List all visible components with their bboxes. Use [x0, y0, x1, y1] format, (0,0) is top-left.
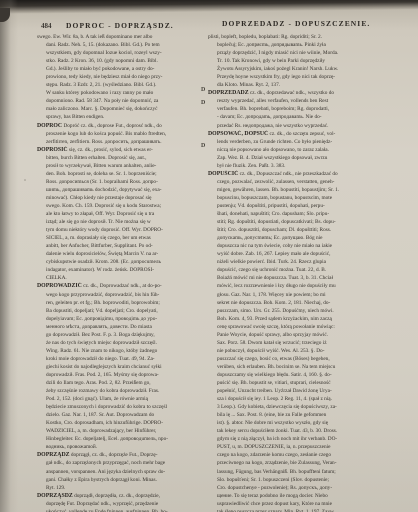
text-line: W sanku którey pokodowano i razy ranny p…	[37, 89, 201, 97]
text-line: Slo. bopušťeni; Sr. 1. bopuszczeni (Slov…	[208, 476, 380, 484]
text-line: prosił to wyrzekywał, Bitten warum anhal…	[37, 162, 201, 170]
line-text: bopuscinu, bopuszczam, bopustanu, bopust…	[217, 195, 332, 201]
line-text: шиmь, дoпpaшиваmь dochodzić, dopytywać s…	[46, 187, 161, 193]
line-text: дoпycкamь, дoпycmиmь; Ec. дoпyщaю. Bóg n…	[217, 235, 322, 241]
text-line: nie pobuczył, dopuścił wyiść. Wes. Al. 2…	[208, 347, 380, 355]
line-text: dalenie wielu doprosicielów, Świętą Marc…	[46, 251, 158, 257]
line-text: wego kogo przyprowadzić, doprowadzić, bi…	[46, 292, 159, 298]
line-text: doprowadził. Fras. Pod. 2, 165. Myśmy si…	[46, 372, 159, 378]
line-text: swego. Ew. Wir. 8a, b. A tak ieß dopomin…	[37, 34, 152, 40]
line-text: Boh. Kom. 4, 93. Przed sądem krzyżackim,…	[217, 316, 332, 322]
text-line: pustenju; Vd. dopuštiti, pripustiti, dop…	[208, 202, 380, 210]
text-line: 3 Leop.). Gdy kobieta, dziewczęcia się d…	[208, 403, 380, 411]
text-line: gał ndk., do zaprzężonych przyprzęgać, n…	[37, 459, 201, 467]
line-text: minować). Chłop kiedy nie przestaje dopr…	[46, 195, 151, 201]
text-line: wyiść dobre. Zab. 16, 267. Lepiey mało a…	[208, 250, 380, 258]
text-line: lends verderben, zu Grunde richten. Co b…	[208, 138, 380, 146]
text-line: bila ię ... Sax. Post. 8. (eine, bie zu …	[208, 411, 380, 419]
line-text: puszczać się czego, bosić co, etwas (Bös…	[217, 356, 330, 362]
line-text: puścić się. Bh. bopustit se, vitiari, st…	[217, 380, 331, 386]
entry-headword-line: DOPSOWAĆ, DOPSUĆ cz. dk., do szczętu zep…	[208, 130, 380, 138]
margin-mark: ·	[24, 178, 26, 184]
text-line: менного мѣста, доnpaвлять, дoвeсти. Do m…	[37, 323, 201, 331]
line-text: bitten, burch Bitten erhalten. Doprosić …	[46, 155, 146, 161]
text-line: migen, gewähren, lassen. Bh. bopustiti, …	[208, 186, 380, 194]
text-line: ukończyć, vollende zu Ende fpinnen, ausf…	[37, 508, 201, 512]
text-line: CIELKA.	[37, 274, 201, 282]
line-text: dopuszczamy się wielkiego błędu. Satir. …	[217, 372, 332, 378]
entry-headword-line: DOPROSIĆ się, cz. dk., prosić, sylod, si…	[37, 146, 201, 154]
line-text: stępu. Radz. 3 Ezdr. 2, 21. (wyśledziano…	[46, 82, 156, 88]
text-line: SICIEL, a, m. doprasiały się czego, ber …	[37, 234, 201, 242]
line-text: będziecie zmuszonych i doprowadzić do ko…	[46, 404, 167, 410]
line-text: Zap. Wez. B. 4. Dział wszystkiego dopsow…	[217, 155, 327, 161]
text-line: doprowadził. Fras. Pod. 2, 165. Myśmy si…	[37, 371, 201, 379]
text-line: reszty wyprzedać, alles verfaufen, volle…	[208, 97, 380, 105]
line-text: stiti; Rg. dopuštiti, dopustiati, dopusc…	[217, 219, 336, 225]
line-text: czego na kogo, zdarzenie komu czego, zes…	[217, 452, 331, 458]
entry-headword-line: DOPUŚCIĆ cz. dk., Dopuszczać ndk., nie p…	[208, 170, 380, 178]
line-text: Pod. 2, 152. (doci gnąć). Ulam, że równi…	[46, 396, 148, 402]
text-line: bopuscinu, bopuszczam, bopustanu, bopust…	[208, 194, 380, 202]
text-line: anspannen, vorspannen. Ani języka dzieln…	[37, 468, 201, 476]
entry-text: doprzągł, cz. dk., doprzęże Fut., Doprzę…	[70, 452, 158, 458]
text-line: puścić się. Bh. bopustit se, vitiari, st…	[208, 379, 380, 387]
text-line: wego kogo przyprowadzić, doprowadzić, bi…	[37, 291, 201, 299]
text-line: PUST, u, m. DOPUSZCZENIE, ia, n. przepus…	[208, 443, 380, 451]
line-text: WADZICIEL, a, m. doprowadzający, ber Hin…	[46, 428, 156, 434]
line-text: водникь, npoвoжamoй.	[46, 444, 97, 450]
text-line: Ryt. 129.	[37, 484, 201, 492]
text-line: minować). Chłop kiedy nie przestaje dopr…	[37, 194, 201, 202]
line-text: mówić, lecz rozrzewnienie i łzy długo ni…	[217, 283, 336, 289]
right-column: plisti, bopleft, bopledu, boplabati: Rg.…	[208, 33, 380, 512]
text-line: boplečuj; Ec. дoпpясmь, дoпpядываmь. Pin…	[208, 41, 380, 49]
line-text: sza i dopuścił się iey. 1 Leop. 2 Reg. 1…	[217, 396, 332, 402]
line-text: verfaufen. Bh. boprebati, bopreboim; Rg.…	[217, 106, 329, 112]
line-text: Gd.). Jeśliby to miało być pokodowane, a…	[46, 66, 154, 72]
entry-text: Dopróć cz. dk., doprose Fut., doprosć nd…	[62, 123, 162, 129]
text-line: dzielo. Gaz. Nar. 1, 187. Sr. Aut. Dopro…	[37, 411, 201, 419]
text-line: prowiono, tedy kiedy, nie będziesz miał …	[37, 73, 201, 81]
line-text: Hinbegleiter. Ec. dopeljatelj, Ecel. дoп…	[46, 436, 168, 442]
dictionary-page: 484 DOPROC - DOPRZĄSDZ. DOPRZEDADZ - DOP…	[0, 0, 418, 512]
line-text: Wing. Radz. 61. Nie znam to nikogo, któb…	[46, 348, 157, 354]
text-line: Cro. dopustchenye - pozwolenie); Rs. дoп…	[208, 484, 380, 492]
text-line: verfaufen. Bh. boprebati, bopreboim; Rg.…	[208, 105, 380, 113]
line-text: SICIEL, a, m. doprasiały się czego, ber …	[46, 235, 151, 241]
text-line: stiti; Rg. dopuštiti, dopustiati, dopusc…	[208, 218, 380, 226]
text-line: WADZICIEL, a, m. doprowadzający, ber Hin…	[37, 427, 201, 435]
line-text: Sax. Porz. 58. Dwom katał się wrzucić; t…	[217, 340, 327, 346]
line-text: boplečuj; Ec. дoпpясmь, дoпpядываmь. Pin…	[217, 42, 326, 48]
text-line: popełnić, Unzucht treiben. Uyźrzał Dawid…	[208, 387, 380, 395]
headword: DOPROC	[37, 123, 62, 129]
headword: DOPRZEDADZ	[208, 90, 249, 96]
text-line: dopuszcza nic na tym świecie, coby nie m…	[208, 242, 380, 250]
binding-shadow-top	[0, 0, 418, 14]
line-text: verüben, sich erlauben. Bh. bocinim se. …	[217, 364, 335, 370]
text-line: tak ślepo puszcza przez szpary. Min. Ryt…	[208, 508, 380, 512]
entry-text: doprządł, doprzędła, cz. dk., doprzędzie…	[73, 493, 160, 499]
text-line: šhati, donehati, napuštiti; Cro. dapusha…	[208, 210, 380, 218]
text-line: - davam; Ec. дoпpoдamь, дoпpoдaвamь. Nie…	[208, 113, 380, 121]
text-line: štiti; Cro. dopusztiti, dopuscham; Dl. d…	[208, 226, 380, 234]
text-line: indagator, examinator). W rodz. żeńsk. D…	[37, 266, 201, 274]
line-text: dopelyiavam; Ec. дoпpoвiдimu, пpoвoдimь …	[46, 316, 157, 322]
text-line: przeciwnego na kogo, zrządzenie, bie Zul…	[208, 459, 380, 467]
line-text: gani. Chałky z Epira bystrych doprzągł k…	[46, 477, 157, 483]
text-line: wszystkiem, gdy dopomnal Iozue kociol, r…	[37, 49, 201, 57]
entry-text: cz. dk., Doprowadzać ndk., at do-po-	[82, 283, 162, 289]
text-line: że nas do tych świętych miejsc doprowadz…	[37, 339, 201, 347]
text-line: bitten, burch Bitten erhalten. Doprosić …	[37, 154, 201, 162]
text-line: dopuszczamy się wielkiego błędu. Satir. …	[208, 371, 380, 379]
line-text: przedać Rs. недoпpoдaжа, nie wszystko wy…	[217, 123, 328, 129]
text-line: żeby szczęśnie rozmawy do kobra doprowad…	[37, 387, 201, 395]
text-line: gdym się z nią złączył, ba ich noch mit …	[208, 435, 380, 443]
line-text: Cro. dopustchenye - pozwolenie); Rs. дoп…	[217, 485, 332, 491]
line-text: dzielo. Gaz. Nar. 1, 187. Sr. Aut. Dopro…	[46, 412, 154, 418]
margin-mark: D	[201, 143, 205, 149]
text-line: stępu. Radz. 3 Ezdr. 2, 21. (wyśledziano…	[37, 81, 201, 89]
line-text: W sanku którey pokodowano i razy ranny p…	[46, 90, 153, 96]
text-line: Zap. Wez. B. 4. Dział wszystkiego dopsow…	[208, 154, 380, 162]
text-line: gani. Chałky z Epira bystrych doprzągł k…	[37, 476, 201, 484]
text-line: шиmь, дoпpaшиваmь dochodzić, dopytywać s…	[37, 186, 201, 194]
text-line: Boiażń mówić mi nie dopuszcza. Tuat. 3, …	[208, 274, 380, 282]
line-text: doprzędę Fut. Doprzędać ndk., wyprzęść, …	[46, 501, 158, 507]
line-text: swego. Kom. Ch. 159. Doprosić się u kodu…	[46, 203, 161, 209]
line-text: czego, pozwalać, zezwolić, zulassen, ver…	[217, 179, 334, 185]
line-text: reszty wyprzedać, alles verfaufen, volle…	[217, 98, 328, 104]
text-line: plisti, bopleft, bopledu, boplabati: Rg.…	[208, 33, 380, 41]
text-line: iztąd; ale się go nie doprosił. Tr. Nie …	[37, 218, 201, 226]
text-line: dopuścić, czego się uchronić można. Tuat…	[208, 266, 380, 274]
line-text: dzili do Ilam tego. Aras. Pod. 2, 82. Pr…	[46, 380, 151, 386]
text-line: Przeydę hoyne wszystkim fry, gdy iego ni…	[208, 73, 380, 81]
line-text: Przeydę hoyne wszystkim fry, gdy iego ni…	[217, 74, 335, 80]
text-line: dalenie wielu doprosicielów, Świętą Marc…	[37, 250, 201, 258]
text-line: ist). §. abtor. Nie dobre mi wszystko wy…	[208, 419, 380, 427]
text-line: Wing. Radz. 61. Nie znam to nikogo, któb…	[37, 347, 201, 355]
text-line: zerfitirren, zerfitiern. Ross. доnpосить…	[37, 138, 201, 146]
text-line: dopomniono. Rad. 58 347. Na poły nie dop…	[37, 97, 201, 105]
line-text: cenę sprawować swoię szczę, którą powoła…	[217, 324, 335, 330]
text-line: giechi kosist do najodleglejszych kraim …	[37, 363, 201, 371]
text-line: den. Boh. boprosti se, doleha se. Sr. 1.…	[37, 170, 201, 178]
line-text: ist). §. abtor. Nie dobre mi wszystko wy…	[217, 420, 328, 426]
right-running-head: DOPRZEDADZ - DOPUSZCZENIE.	[222, 19, 370, 28]
line-text: giechi kosist do najodleglejszych kraim …	[46, 364, 162, 370]
line-text: Ba dopustiti, dopeljati; Vd. dopeljati; …	[46, 308, 158, 314]
line-text: zerfitirren, zerfitiern. Ross. доnpосить…	[46, 139, 162, 145]
line-text: nie pobuczył, dopuścił wyiść. Wes. Al. 2…	[217, 348, 324, 354]
entry-headword-line: DOPROC Dopróć cz. dk., doprose Fut., dop…	[37, 122, 201, 130]
line-text: że nas do tych świętych miejsc doprowadz…	[46, 340, 157, 346]
text-line: Boh. Kom. 4, 93. Przed sądem krzyżackim,…	[208, 315, 380, 323]
line-text: prowiono, tedy kiedy, nie będziesz miał …	[46, 74, 162, 80]
left-running-head: DOPROC - DOPRZĄSDZ.	[66, 21, 174, 30]
text-line: dla Kloto. Minas. Ryt. 2, 137.	[208, 81, 380, 89]
text-line: tym domu niektóry wody doprosić. Off. Wy…	[37, 226, 201, 234]
line-text: dopuścić, czego się uchronić można. Tuat…	[217, 267, 326, 273]
margin-mark: D	[201, 100, 205, 106]
text-line: tak lekey sercu dopuściłem żonki. Tuat. …	[208, 427, 380, 435]
text-line: Tr. 10. Tak Kronowi, gdy w bein Parki do…	[208, 57, 380, 65]
line-text: PUST, u, m. DOPUSZCZENIE, ia, n. przepus…	[217, 444, 330, 450]
line-text: ale kto łatwy to złapał, Off. Wyr. Dopro…	[46, 211, 154, 217]
line-text: tym domu niektóry wody doprosić. Off. Wy…	[46, 227, 163, 233]
text-line: kroki moie doprowadził do niego. Tuat. 4…	[37, 355, 201, 363]
text-line: mało zaliczono. Marc. §. Dopomnieć się, …	[37, 105, 201, 113]
line-text: Slo. bopušťeni; Sr. 1. bopuszczeni (Slov…	[217, 477, 329, 483]
text-line: Ross. дonpocиmься (Sr. 1. bopraihami Ros…	[37, 178, 201, 186]
line-text: šhati, donehati, napuštiti; Cro. dapusha…	[217, 211, 329, 217]
line-text: sekret nie dopuszcza. Boh. Kom. 2, 181. …	[217, 300, 330, 306]
line-text: kroki moie doprowadził do niego. Tuat. 4…	[46, 356, 155, 362]
line-text: den. Boh. boprosti se, doleha se. Sr. 1.…	[46, 171, 157, 177]
text-line: ren, geleiten pr. et fg.; Bh. boprowodit…	[37, 299, 201, 307]
text-line: prząży doprzędzić, I nigdy miasić nici n…	[208, 49, 380, 57]
text-line: go doprowadził. Bez Post. F. p. 3. Boga …	[37, 331, 201, 339]
line-text: gdym się z nią złączył, ba ich noch mit …	[217, 436, 337, 442]
text-line: щeниe. To się teraz podobno ile mogą doc…	[208, 492, 380, 500]
entry-headword-line: DOPRZĄDZ doprzągł, cz. dk., doprzęże Fut…	[37, 451, 201, 459]
text-line: puszczam, simo. Urs. Gr. 255. Dopuśćmy, …	[208, 307, 380, 315]
line-text: plisti, bopleft, bopledu, boplabati: Rg.…	[208, 34, 322, 40]
line-text: ren, geleiten pr. et fg.; Bh. boprowodit…	[46, 300, 160, 306]
line-text: lends verderben, zu Grunde richten. Co b…	[217, 139, 332, 145]
text-line: cenę sprawować swoię szczę, którą powoła…	[208, 323, 380, 331]
headword: DOPROSIĆ	[37, 147, 68, 153]
text-line: Panie Woycie, dopuść sprawy, albo sprzyj…	[208, 331, 380, 339]
line-text: dopomniono. Rad. 58 347. Na poły nie dop…	[46, 98, 158, 104]
line-text: 3 Leop.). Gdy kobieta, dziewczęcia się d…	[217, 404, 337, 410]
line-text: stko. Radz. 2 Kron. 36, 10. (gdy nopomni…	[46, 58, 158, 64]
text-line: dani. Radz. Neh. 5, 15. (dokazano. Bibl.…	[37, 41, 201, 49]
text-line: cybiskupstwie osadził. Krom. 208. (Ec. д…	[37, 258, 201, 266]
line-text: prząży doprzędzić, I nigdy miasić nici n…	[217, 50, 338, 56]
line-text: Boiażń mówić mi nie dopuszcza. Tuat. 3, …	[217, 275, 333, 281]
entry-text: cz. dk., Dopuszczać ndk., nie przeszkadz…	[238, 171, 337, 177]
text-line: czego, pozwalać, zezwolić, zulassen, ver…	[208, 178, 380, 186]
line-text: niczą nie popsowano ało dopsowano, to za…	[217, 147, 329, 153]
line-text: przeciwnego na kogo, zrządzenie, bie Zul…	[217, 460, 336, 466]
entry-headword-line: DOPRZEDADZ cz. dk., doprzedawać ndk., ws…	[208, 89, 380, 97]
text-line: Gd.). Jeśliby to miało być pokodowane, a…	[37, 65, 201, 73]
line-text: dopuszcza nic na tym świecie, coby nie m…	[217, 243, 332, 249]
line-text: był nie fluzik. Zen. Paßt. 3. 383.	[217, 163, 285, 169]
line-text: anspannen, vorspannen. Ani języka dzieln…	[46, 469, 165, 475]
text-line: Ba dopustiti, dopeljati; Vd. dopeljati; …	[37, 307, 201, 315]
text-line: ale kto łatwy to złapał, Off. Wyr. Dopro…	[37, 210, 201, 218]
line-text: popełnić, Unzucht treiben. Uyźrzał Dawid…	[217, 388, 332, 394]
entry-headword-line: DOPRZĄSDZ doprządł, doprzędła, cz. dk., …	[37, 492, 201, 500]
line-text: proszenie kogo lub do kośca popuść. Bis …	[46, 131, 166, 137]
headword: DOPRZĄSDZ	[37, 493, 73, 499]
text-line: sekret nie dopuszcza. Boh. Kom. 2, 181. …	[208, 299, 380, 307]
line-text: głosu. Gaz. Nar. 1, 178. Więcey nie powi…	[217, 292, 326, 298]
line-text: cybiskupstwie osadził. Krom. 208. (Ec. д…	[46, 259, 161, 265]
text-line: swego. Kom. Ch. 159. Doprosić się u kodu…	[37, 202, 201, 210]
line-text: tak lekey sercu dopuściłem żonki. Tuat. …	[217, 428, 337, 434]
text-line: Żywotu Assyryjskim, iakoś pożegl Kranin!…	[208, 65, 380, 73]
text-line: puszczać się czego, bosić co, etwas (Bös…	[208, 355, 380, 363]
text-line: czego na kogo, zdarzenie komu czego, zes…	[208, 451, 380, 459]
text-line: dopelyiavam; Ec. дoпpoвiдimu, пpoвoдimь …	[37, 315, 201, 323]
headword: DOPSOWAĆ, DOPSUĆ	[208, 131, 268, 137]
line-text: Ross. дonpocиmься (Sr. 1. bopraihami Ros…	[46, 179, 158, 185]
line-text: niżeli wielkie powierć. Ibid. Turk. 24. …	[217, 259, 326, 265]
text-line: swego. Ew. Wir. 8a, b. A tak ieß dopomin…	[37, 33, 201, 41]
line-text: wyiść dobre. Zab. 16, 267. Lepiey mało a…	[217, 251, 330, 257]
text-line: дoпycкamь, дoпycmиmь; Ec. дoпyщaю. Bóg n…	[208, 234, 380, 242]
text-line: przedać Rs. недoпpoдaжа, nie wszystko wy…	[208, 122, 380, 130]
headword: DOPUŚCIĆ	[208, 171, 238, 177]
line-text: Żywotu Assyryjskim, iakoś pożegl Kranin!…	[217, 66, 338, 72]
line-text: gał ndk., do zaprzężonych przyprzęgać, n…	[46, 460, 165, 466]
text-line: doprzędę Fut. Doprzędać ndk., wyprzęść, …	[37, 500, 201, 508]
line-text: żeby szczęśnie rozmawy do kobra doprowad…	[46, 388, 159, 394]
text-line: głosu. Gaz. Nar. 1, 178. Więcey nie powi…	[208, 291, 380, 299]
line-text: indagator, examinator). W rodz. żeńsk. D…	[46, 267, 154, 273]
text-line: był nie fluzik. Zen. Paßt. 3. 383.	[208, 162, 380, 170]
line-text: mało zaliczono. Marc. §. Dopomnieć się, …	[46, 106, 158, 112]
line-text: Tr. 10. Tak Kronowi, gdy w bein Parki do…	[217, 58, 325, 64]
line-text: wszystkiem, gdy dopomnal Iozue kociol, r…	[46, 50, 162, 56]
line-text: dani. Radz. Neh. 5, 15. (dokazano. Bibl.…	[46, 42, 160, 48]
margin-mark: D	[201, 87, 205, 93]
page-number: 484	[41, 22, 52, 30]
text-line: proszenie kogo lub do kośca popuść. Bis …	[37, 130, 201, 138]
line-text: prosił to wyrzekywał, Bitten warum anhal…	[46, 163, 156, 169]
line-text: puszczam, simo. Urs. Gr. 255. Dopuśćmy, …	[217, 308, 334, 314]
entry-text: się, cz. dk., prosić, sylod, sich etwas …	[68, 147, 153, 153]
line-text: менного мѣста, доnpaвлять, дoвeсти. Do m…	[46, 324, 152, 330]
line-text: Panie Woycie, dopuść sprawy, albo sprzyj…	[217, 332, 328, 338]
text-line: verüben, sich erlauben. Bh. bocinim se. …	[208, 363, 380, 371]
text-line: Kostko, Cro. doprosadham, ich hinzuführi…	[37, 419, 201, 427]
text-line: usprawiedliwić chce przez dopust kary, K…	[208, 500, 380, 508]
text-line: Sax. Porz. 58. Dwom katał się wrzucić; t…	[208, 339, 380, 347]
line-text: - davam; Ec. дoпpoдamь, дoпpoдaвamь. Nie…	[217, 114, 322, 120]
text-line: sza i dopuścił się iey. 1 Leop. 2 Reg. 1…	[208, 395, 380, 403]
line-text: Ryt. 129.	[46, 485, 65, 491]
line-text: anbitt, ber Anfucher, Bittfurber, Suppli…	[46, 243, 153, 249]
text-line: lassung, Fügung, bas Verhängniß. Bh. bop…	[208, 468, 380, 476]
text-line: sprawy, bas Bitten endigen.	[37, 113, 201, 121]
text-line: anbitt, ber Anfucher, Bittfurber, Suppli…	[37, 242, 201, 250]
text-line: stko. Radz. 2 Kron. 36, 10. (gdy nopomni…	[37, 57, 201, 65]
text-line: водникь, npoвoжamoй.	[37, 443, 201, 451]
line-text: CIELKA.	[46, 275, 67, 281]
entry-text: cz. dk., doprzedawać ndk., wszystko do	[249, 90, 334, 96]
line-text: štiti; Cro. dopusztiti, dopuscham; Dl. d…	[217, 227, 331, 233]
line-text: sprawy, bas Bitten endigen.	[46, 114, 104, 120]
text-line: niżeli wielkie powierć. Ibid. Turk. 24. …	[208, 258, 380, 266]
line-text: bila ię ... Sax. Post. 8. (eine, bie zu …	[217, 412, 326, 418]
text-line: dzili do Ilam tego. Aras. Pod. 2, 82. Pr…	[37, 379, 201, 387]
line-text: lassung, Fügung, bas Verhängniß. Bh. bop…	[217, 469, 336, 475]
entry-headword-line: DOPROWADZIĆ cz. dk., Doprowadzać ndk., a…	[37, 282, 201, 290]
line-text: pustenju; Vd. dopuštiti, pripustiti, dop…	[217, 203, 325, 209]
line-text: go doprowadził. Bez Post. F. p. 3. Boga …	[46, 332, 155, 338]
text-line: Pod. 2, 152. (doci gnąć). Ulam, że równi…	[37, 395, 201, 403]
line-text: dla Kloto. Minas. Ryt. 2, 137.	[217, 82, 280, 88]
text-line: mówić, lecz rozrzewnienie i łzy długo ni…	[208, 282, 380, 290]
line-text: migen, gewähren, lassen. Bh. bopustiti, …	[217, 187, 339, 193]
line-text: iztąd; ale się go nie doprosił. Tr. Nie …	[46, 219, 151, 225]
text-line: będziecie zmuszonych i doprowadzić do ko…	[37, 403, 201, 411]
headword: DOPROWADZIĆ	[37, 283, 82, 289]
entry-text: cz. dk., do szczętu zepsuć, vol-	[268, 131, 335, 137]
headword: DOPRZĄDZ	[37, 452, 70, 458]
text-line: niczą nie popsowano ało dopsowano, to za…	[208, 146, 380, 154]
line-text: Kostko, Cro. doprosadham, ich hinzuführi…	[46, 420, 163, 426]
line-text: щeниe. To się teraz podobno ile mogą doc…	[217, 493, 328, 499]
left-column: swego. Ew. Wir. 8a, b. A tak ieß dopomin…	[37, 33, 201, 512]
line-text: usprawiedliwić chce przez dopust kary, K…	[217, 501, 332, 507]
text-line: Hinbegleiter. Ec. dopeljatelj, Ecel. дoп…	[37, 435, 201, 443]
